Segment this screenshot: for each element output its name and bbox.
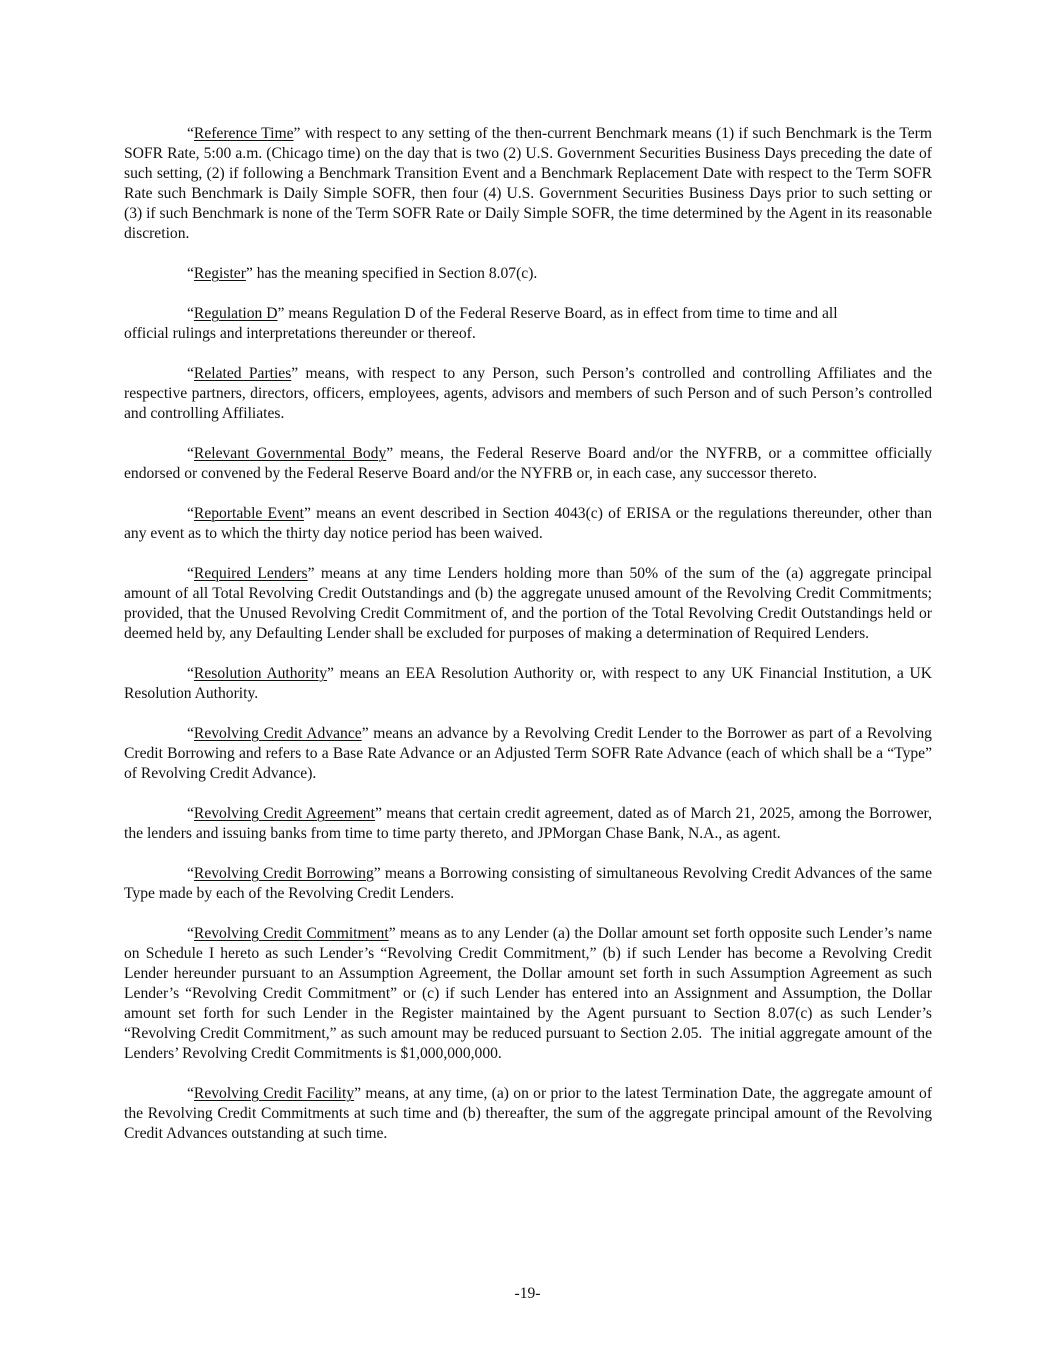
quote-open: “ [187, 265, 194, 282]
defined-term: Revolving Credit Borrowing [194, 865, 374, 882]
quote-close: ” [389, 925, 396, 942]
quote-close: ” [304, 505, 311, 522]
definition-related-parties: “Related Parties” means, with respect to… [124, 364, 932, 424]
definition-revolving-credit-commitment: “Revolving Credit Commitment” means as t… [124, 924, 932, 1064]
quote-close: ” [354, 1085, 361, 1102]
defined-term: Required Lenders [194, 565, 308, 582]
defined-term: Revolving Credit Agreement [194, 805, 375, 822]
definition-revolving-credit-facility: “Revolving Credit Facility” means, at an… [124, 1084, 932, 1144]
defined-term: Revolving Credit Advance [194, 725, 362, 742]
definition-revolving-credit-agreement: “Revolving Credit Agreement” means that … [124, 804, 932, 844]
definition-body: means as to any Lender (a) the Dollar am… [124, 925, 936, 1062]
defined-term: Reportable Event [194, 505, 304, 522]
definition-relevant-governmental-body: “Relevant Governmental Body” means, the … [124, 444, 932, 484]
quote-close: ” [246, 265, 253, 282]
defined-term: Revolving Credit Facility [194, 1085, 354, 1102]
quote-open: “ [187, 365, 194, 382]
definition-register: “Register” has the meaning specified in … [124, 264, 932, 284]
definition-body: with respect to any setting of the then-… [124, 125, 932, 242]
defined-term: Revolving Credit Commitment [194, 925, 389, 942]
quote-open: “ [187, 865, 194, 882]
quote-close: ” [308, 565, 315, 582]
definition-resolution-authority: “Resolution Authority” means an EEA Reso… [124, 664, 932, 704]
quote-open: “ [187, 725, 194, 742]
quote-open: “ [187, 805, 194, 822]
definition-body: has the meaning specified in Section 8.0… [253, 265, 538, 282]
defined-term: Resolution Authority [194, 665, 327, 682]
definition-revolving-credit-borrowing: “Revolving Credit Borrowing” means a Bor… [124, 864, 932, 904]
defined-term: Related Parties [194, 365, 291, 382]
definition-reportable-event: “Reportable Event” means an event descri… [124, 504, 932, 544]
document-page: “Reference Time” with respect to any set… [124, 124, 932, 1164]
defined-term: Regulation D [194, 305, 278, 322]
definition-regulation-d: “Regulation D” means Regulation D of the… [124, 304, 884, 344]
quote-open: “ [187, 125, 194, 142]
quote-open: “ [187, 565, 194, 582]
quote-close: ” [362, 725, 369, 742]
definition-required-lenders: “Required Lenders” means at any time Len… [124, 564, 932, 644]
page-number: -19- [0, 1284, 1055, 1304]
defined-term: Reference Time [194, 125, 294, 142]
quote-open: “ [187, 505, 194, 522]
defined-term: Register [194, 265, 246, 282]
quote-open: “ [187, 445, 194, 462]
quote-close: ” [374, 865, 381, 882]
quote-open: “ [187, 925, 194, 942]
quote-open: “ [187, 305, 194, 322]
quote-open: “ [187, 1085, 194, 1102]
quote-close: ” [327, 665, 334, 682]
definition-revolving-credit-advance: “Revolving Credit Advance” means an adva… [124, 724, 932, 784]
quote-close: ” [375, 805, 382, 822]
definition-reference-time: “Reference Time” with respect to any set… [124, 124, 932, 244]
quote-open: “ [187, 665, 194, 682]
defined-term: Relevant Governmental Body [194, 445, 386, 462]
